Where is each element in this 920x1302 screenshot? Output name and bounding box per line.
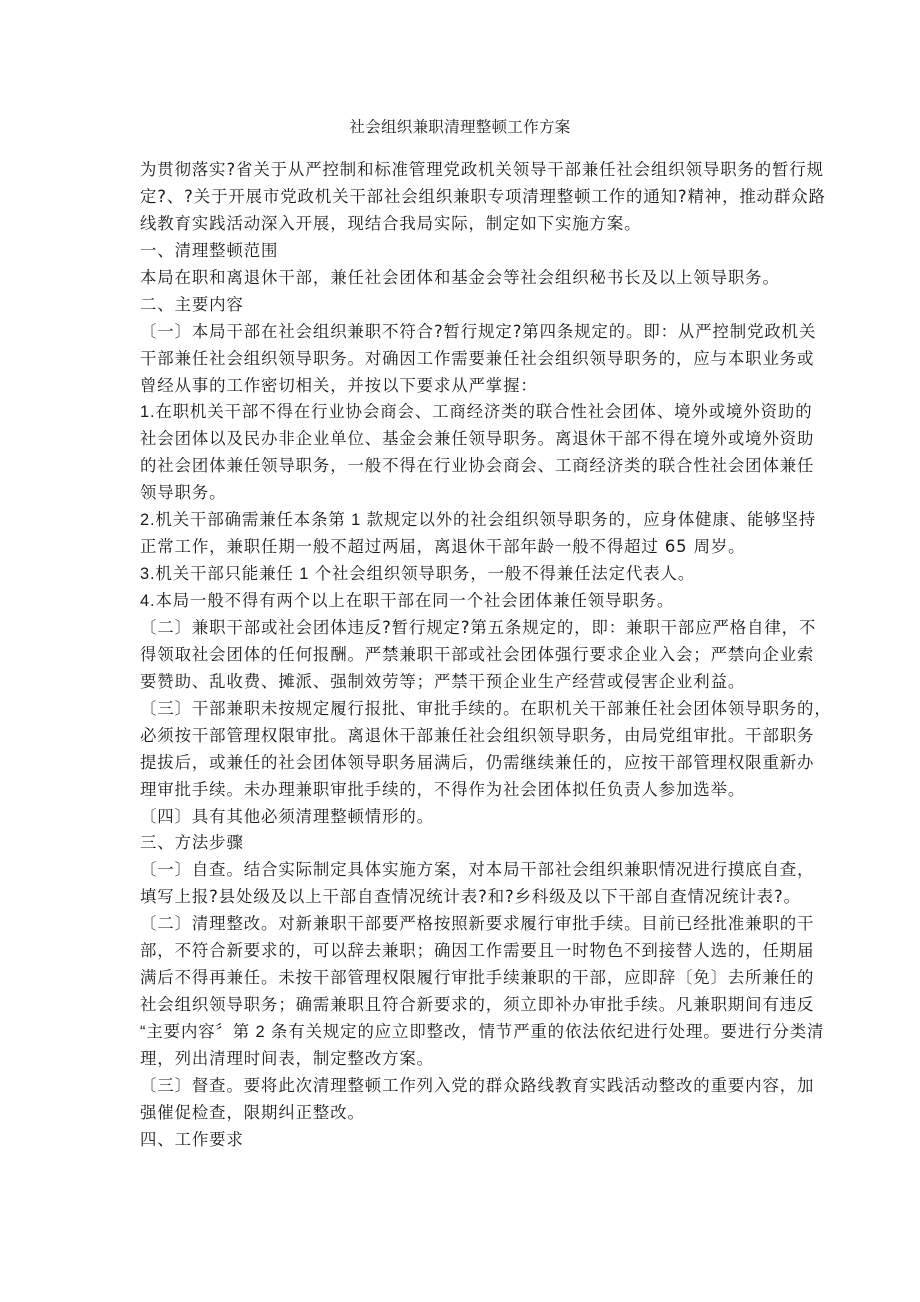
item-3-line-1: 〔三〕干部兼职未按规定履行报批、审批手续的。在职机关干部兼任社会团体领导职务的，	[140, 696, 785, 723]
step-1-line-2: 填写上报?县处级及以上干部自查情况统计表?和?乡科级及以下干部自查情况统计表?。	[140, 884, 785, 911]
document-body: 为贯彻落实?省关于从严控制和标准管理党政机关领导干部兼任社会组织领导职务的暂行规…	[140, 157, 785, 1154]
item-3-line-4: 理审批手续。未办理兼职审批手续的，不得作为社会团体拟任负责人参加选举。	[140, 777, 785, 804]
document-page: 社会组织兼职清理整顿工作方案 为贯彻落实?省关于从严控制和标准管理党政机关领导干…	[0, 0, 920, 1302]
section-heading-main-content: 二、主要内容	[140, 292, 785, 319]
step-3-line-2: 强催促检查，限期纠正整改。	[140, 1100, 785, 1127]
intro-line-2: 定?、?关于开展市党政机关干部社会组织兼职专项清理整顿工作的通知?精神，推动群众…	[140, 184, 785, 211]
item-3-line-2: 必须按干部管理权限审批。离退休干部兼任社会组织领导职务，由局党组审批。干部职务	[140, 723, 785, 750]
intro-line-3: 线教育实践活动深入开展，现结合我局实际，制定如下实施方案。	[140, 211, 785, 238]
item-1-line-1: 〔一〕本局干部在社会组织兼职不符合?暂行规定?第四条规定的。即：从严控制党政机关	[140, 319, 785, 346]
item-2-line-3: 要赞助、乱收费、摊派、强制效劳等；严禁干预企业生产经营或侵害企业利益。	[140, 669, 785, 696]
section-heading-work-requirements: 四、工作要求	[140, 1127, 785, 1154]
step-2-line-3: 满后不得再兼任。未按干部管理权限履行审批手续兼职的干部，应即辞〔免〕去所兼任的	[140, 965, 785, 992]
item-4-line-1: 〔四〕具有其他必须清理整顿情形的。	[140, 804, 785, 831]
step-2-line-1: 〔二〕清理整改。对新兼职干部要严格按照新要求履行审批手续。目前已经批准兼职的干	[140, 911, 785, 938]
item-1-line-2: 干部兼任社会组织领导职务。对确因工作需要兼任社会组织领导职务的，应与本职业务或	[140, 346, 785, 373]
rule-2-line-1: 2.机关干部确需兼任本条第 1 款规定以外的社会组织领导职务的，应身体健康、能够…	[140, 507, 785, 534]
section-heading-scope: 一、清理整顿范围	[140, 238, 785, 265]
step-2-line-4: 社会组织领导职务；确需兼职且符合新要求的，须立即补办审批手续。凡兼职期间有违反	[140, 992, 785, 1019]
step-3-line-1: 〔三〕督查。要将此次清理整顿工作列入党的群众路线教育实践活动整改的重要内容，加	[140, 1073, 785, 1100]
document-title: 社会组织兼职清理整顿工作方案	[0, 116, 920, 138]
rule-1-line-3: 的社会团体兼任领导职务，一般不得在行业协会商会、工商经济类的联合性社会团体兼任	[140, 453, 785, 480]
scope-paragraph: 本局在职和离退休干部，兼任社会团体和基金会等社会组织秘书长及以上领导职务。	[140, 265, 785, 292]
item-2-line-1: 〔二〕兼职干部或社会团体违反?暂行规定?第五条规定的，即：兼职干部应严格自律，不	[140, 615, 785, 642]
step-2-line-6: 理，列出清理时间表，制定整改方案。	[140, 1046, 785, 1073]
intro-line-1: 为贯彻落实?省关于从严控制和标准管理党政机关领导干部兼任社会组织领导职务的暂行规	[140, 157, 785, 184]
step-1-line-1: 〔一〕自查。结合实际制定具体实施方案，对本局干部社会组织兼职情况进行摸底自查，	[140, 857, 785, 884]
item-3-line-3: 提拔后，或兼任的社会团体领导职务届满后，仍需继续兼任的，应按干部管理权限重新办	[140, 750, 785, 777]
rule-3-line-1: 3.机关干部只能兼任 1 个社会组织领导职务，一般不得兼任法定代表人。	[140, 561, 785, 588]
section-heading-method-steps: 三、方法步骤	[140, 830, 785, 857]
rule-1-line-2: 社会团体以及民办非企业单位、基金会兼任领导职务。离退休干部不得在境外或境外资助	[140, 426, 785, 453]
rule-1-line-1: 1.在职机关干部不得在行业协会商会、工商经济类的联合性社会团体、境外或境外资助的	[140, 399, 785, 426]
step-2-line-5: “主要内容〞第 2 条有关规定的应立即整改，情节严重的依法依纪进行处理。要进行分…	[140, 1019, 785, 1046]
item-1-line-3: 曾经从事的工作密切相关，并按以下要求从严掌握：	[140, 373, 785, 400]
rule-1-line-4: 领导职务。	[140, 480, 785, 507]
rule-4-line-1: 4.本局一般不得有两个以上在职干部在同一个社会团体兼任领导职务。	[140, 588, 785, 615]
item-2-line-2: 得领取社会团体的任何报酬。严禁兼职干部或社会团体强行要求企业入会；严禁向企业索	[140, 642, 785, 669]
rule-2-line-2: 正常工作，兼职任期一般不超过两届，离退休干部年龄一般不得超过 65 周岁。	[140, 534, 785, 561]
step-2-line-2: 部，不符合新要求的，可以辞去兼职；确因工作需要且一时物色不到接替人选的，任期届	[140, 938, 785, 965]
